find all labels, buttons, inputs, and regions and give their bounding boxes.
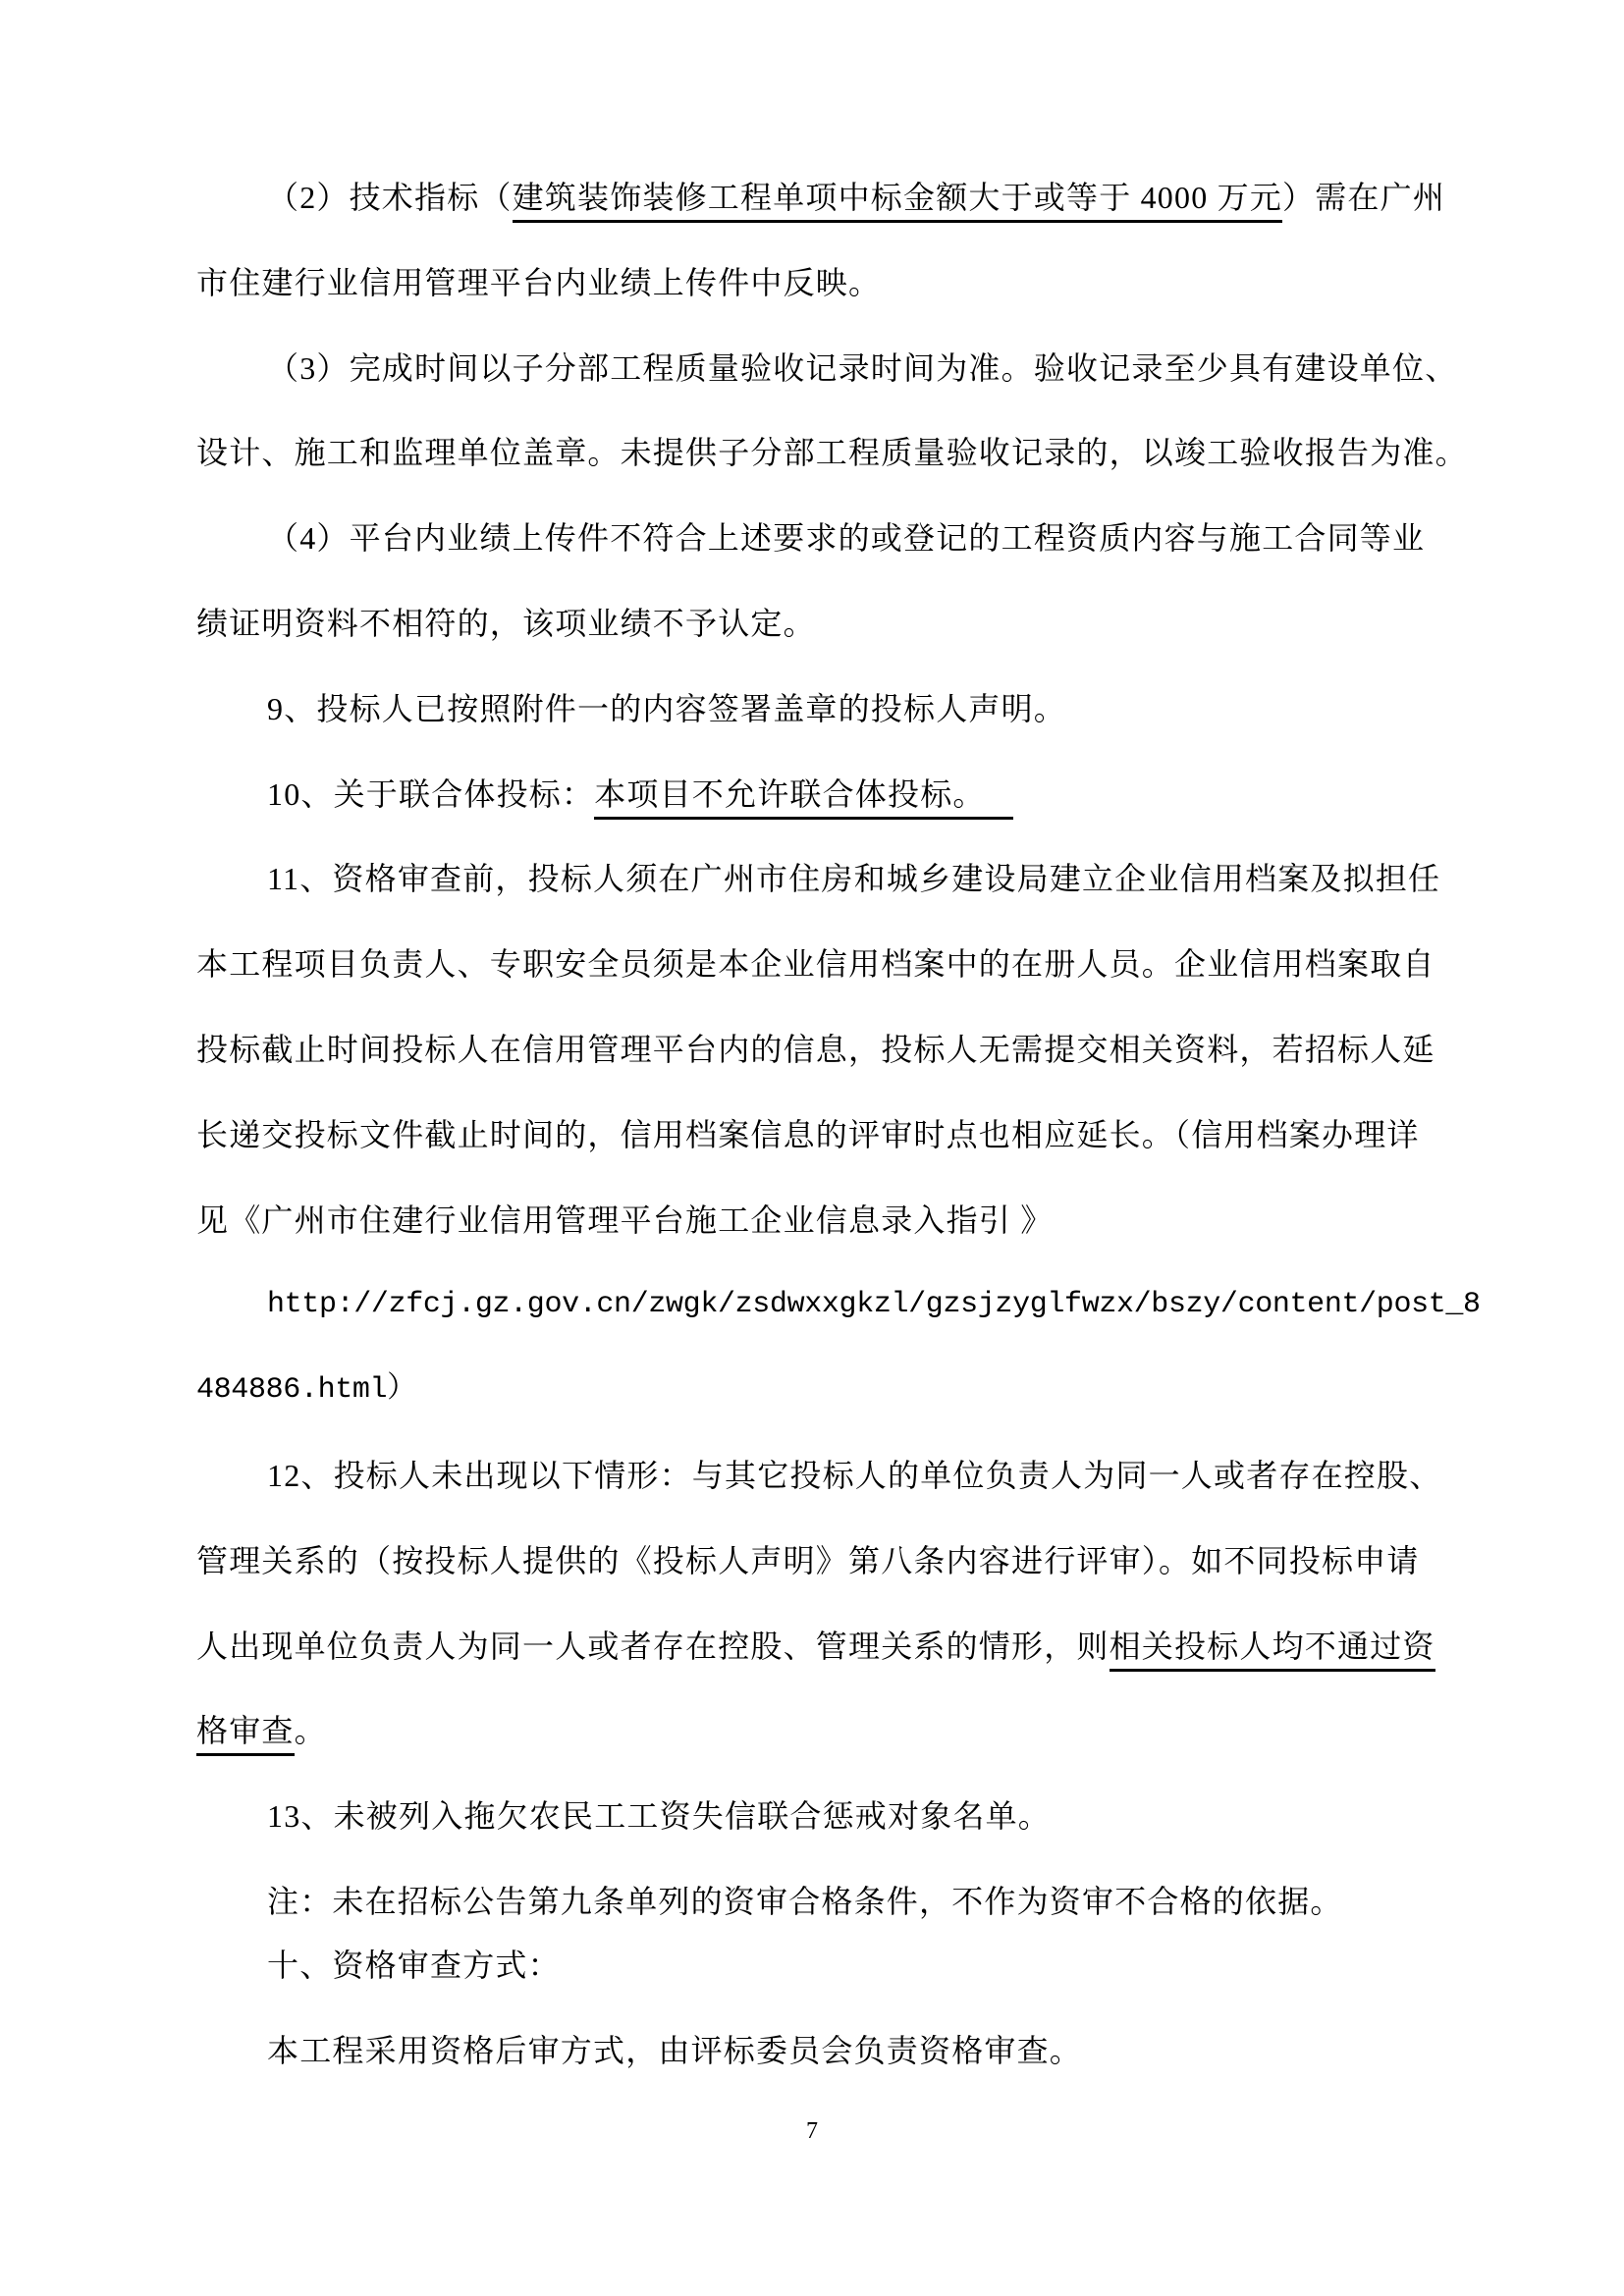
text-line: 9、投标人已按照附件一的内容签署盖章的投标人声明。	[196, 667, 1502, 752]
clause-9-bidder-declaration: 9、投标人已按照附件一的内容签署盖章的投标人声明。	[196, 667, 1502, 752]
text-line: 10、关于联合体投标：本项目不允许联合体投标。	[196, 752, 1502, 837]
clause-11-credit-archive: 11、资格审查前，投标人须在广州市住房和城乡建设局建立企业信用档案及拟担任本工程…	[196, 836, 1502, 1262]
text-segment: 长递交投标文件截止时间的，信用档案信息的评审时点也相应延长。（信用档案办理详	[196, 1117, 1420, 1152]
clause-13-wage-blacklist: 13、未被列入拖欠农民工工资失信联合惩戒对象名单。	[196, 1774, 1502, 1859]
text-segment: http://zfcj.gz.gov.cn/zwgk/zsdwxxgkzl/gz…	[267, 1288, 1481, 1321]
text-segment: 本工程项目负责人、专职安全员须是本企业信用档案中的在册人员。企业信用档案取自	[196, 946, 1435, 982]
clause-2-technical-indicator: （2）技术指标（建筑装饰装修工程单项中标金额大于或等于 4000 万元）需在广州…	[196, 155, 1502, 326]
text-line: http://zfcj.gz.gov.cn/zwgk/zsdwxxgkzl/gz…	[196, 1262, 1502, 1348]
text-line: （4）平台内业绩上传件不符合上述要求的或登记的工程资质内容与施工合同等业	[196, 496, 1502, 581]
text-segment: （2）技术指标（	[267, 180, 513, 215]
underlined-text: 本项目不允许联合体投标。	[594, 776, 1012, 820]
text-line: 绩证明资料不相符的，该项业绩不予认定。	[196, 581, 1502, 667]
text-segment: 注：未在招标公告第九条单列的资审合格条件，不作为资审不合格的依据。	[267, 1884, 1343, 1919]
text-segment: 10、关于联合体投标：	[267, 776, 594, 812]
text-line: （3）完成时间以子分部工程质量验收记录时间为准。验收记录至少具有建设单位、	[196, 326, 1502, 411]
text-line: 本工程项目负责人、专职安全员须是本企业信用档案中的在册人员。企业信用档案取自	[196, 922, 1502, 1007]
text-line: 设计、施工和监理单位盖章。未提供子分部工程质量验收记录的，以竣工验收报告为准。	[196, 410, 1502, 496]
underlined-text: 格审查	[196, 1713, 295, 1756]
document-body: （2）技术指标（建筑装饰装修工程单项中标金额大于或等于 4000 万元）需在广州…	[196, 155, 1502, 2093]
text-segment: 设计、施工和监理单位盖章。未提供子分部工程质量验收记录的，以竣工验收报告为准。	[196, 435, 1468, 470]
text-segment: 投标截止时间投标人在信用管理平台内的信息，投标人无需提交相关资料，若招标人延	[196, 1032, 1435, 1067]
document-page: （2）技术指标（建筑装饰装修工程单项中标金额大于或等于 4000 万元）需在广州…	[0, 0, 1624, 2296]
text-line: 市住建行业信用管理平台内业绩上传件中反映。	[196, 240, 1502, 326]
text-line: 见《广州市住建行业信用管理平台施工企业信息录入指引 》	[196, 1178, 1502, 1263]
text-segment: 。	[295, 1713, 327, 1748]
text-line: 484886.html）	[196, 1348, 1502, 1433]
text-segment: 11、资格审查前，投标人须在广州市住房和城乡建设局建立企业信用档案及拟担任	[267, 861, 1440, 896]
text-segment: 市住建行业信用管理平台内业绩上传件中反映。	[196, 265, 881, 300]
text-line: 本工程采用资格后审方式，由评标委员会负责资格审查。	[196, 2008, 1502, 2094]
text-line: 长递交投标文件截止时间的，信用档案信息的评审时点也相应延长。（信用档案办理详	[196, 1093, 1502, 1178]
credit-guide-url: http://zfcj.gz.gov.cn/zwgk/zsdwxxgkzl/gz…	[196, 1262, 1502, 1433]
text-segment: （4）平台内业绩上传件不符合上述要求的或登记的工程资质内容与施工合同等业	[267, 520, 1425, 556]
clause-10-consortium-bidding: 10、关于联合体投标：本项目不允许联合体投标。	[196, 752, 1502, 837]
text-line: 格审查。	[196, 1688, 1502, 1774]
page-number: 7	[0, 2116, 1624, 2146]
text-segment: 十、资格审查方式：	[267, 1948, 561, 1983]
text-segment: 12、投标人未出现以下情形：与其它投标人的单位负责人为同一人或者存在控股、	[267, 1458, 1441, 1493]
text-segment: 9、投标人已按照附件一的内容签署盖章的投标人声明。	[267, 691, 1066, 726]
clause-4-platform-record: （4）平台内业绩上传件不符合上述要求的或登记的工程资质内容与施工合同等业绩证明资…	[196, 496, 1502, 667]
clause-12-bidder-relationship: 12、投标人未出现以下情形：与其它投标人的单位负责人为同一人或者存在控股、管理关…	[196, 1433, 1502, 1774]
underlined-text: 建筑装饰装修工程单项中标金额大于或等于 4000 万元	[513, 180, 1282, 223]
text-segment: 管理关系的（按投标人提供的《投标人声明》第八条内容进行评审）。如不同投标申请	[196, 1543, 1420, 1578]
text-line: （2）技术指标（建筑装饰装修工程单项中标金额大于或等于 4000 万元）需在广州	[196, 155, 1502, 240]
text-line: 人出现单位负责人为同一人或者存在控股、管理关系的情形，则相关投标人均不通过资	[196, 1604, 1502, 1689]
text-segment: 13、未被列入拖欠农民工工资失信联合惩戒对象名单。	[267, 1798, 1051, 1834]
text-segment: 见《广州市住建行业信用管理平台施工企业信息录入指引 》	[196, 1202, 1053, 1238]
text-line: 11、资格审查前，投标人须在广州市住房和城乡建设局建立企业信用档案及拟担任	[196, 836, 1502, 922]
text-segment: 人出现单位负责人为同一人或者存在控股、管理关系的情形，则	[196, 1629, 1110, 1664]
clause-3-completion-time: （3）完成时间以子分部工程质量验收记录时间为准。验收记录至少具有建设单位、设计、…	[196, 326, 1502, 497]
text-line: 投标截止时间投标人在信用管理平台内的信息，投标人无需提交相关资料，若招标人延	[196, 1007, 1502, 1093]
text-line: 12、投标人未出现以下情形：与其它投标人的单位负责人为同一人或者存在控股、	[196, 1433, 1502, 1519]
text-segment: 484886.html）	[196, 1373, 416, 1407]
text-segment: （3）完成时间以子分部工程质量验收记录时间为准。验收记录至少具有建设单位、	[267, 350, 1457, 386]
underlined-text: 相关投标人均不通过资	[1110, 1629, 1435, 1672]
text-segment: ）需在广州	[1282, 180, 1445, 215]
text-line: 管理关系的（按投标人提供的《投标人声明》第八条内容进行评审）。如不同投标申请	[196, 1519, 1502, 1604]
text-segment: 绩证明资料不相符的，该项业绩不予认定。	[196, 606, 816, 641]
text-line: 13、未被列入拖欠农民工工资失信联合惩戒对象名单。	[196, 1774, 1502, 1859]
qualification-review-method: 本工程采用资格后审方式，由评标委员会负责资格审查。	[196, 2008, 1502, 2094]
text-segment: 本工程采用资格后审方式，由评标委员会负责资格审查。	[267, 2033, 1082, 2068]
